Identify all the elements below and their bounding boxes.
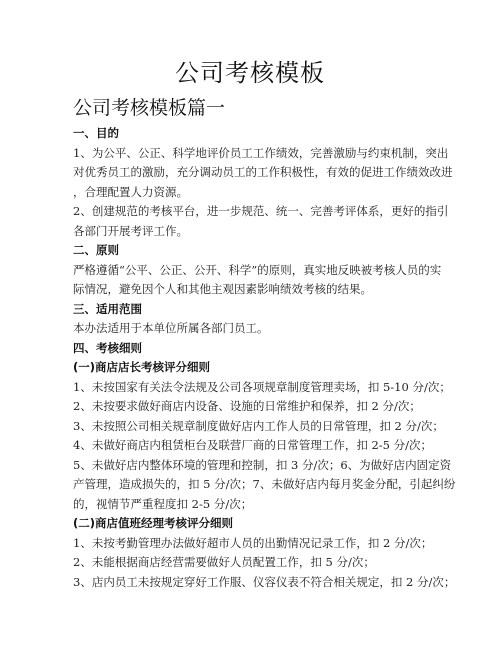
heading-principles: 二、原则 [73,241,428,261]
paragraph-line: 严格遵循“公平、公正、公开、科学”的原则，真实地反映被考核人员的实 [73,261,428,281]
heading-scope: 三、适用范围 [73,300,428,320]
paragraph-line: 各部门开展考评工作。 [73,222,428,242]
paragraph-line: 本办法适用于本单位所属各部门员工。 [73,319,428,339]
rule-item: 3、店内员工未按规定穿好工作服、仪容仪表不符合相关规定，扣 2 分/次； [73,573,428,593]
rule-item: 4、未做好商店内租赁柜台及联营厂商的日常管理工作，扣 2-5 分/次； [73,436,428,456]
paragraph-line: 际情况，避免因个人和其他主观因素影响绩效考核的结果。 [73,280,428,300]
document-page: 公司考核模板 公司考核模板篇一 一、目的 1、为公平、公正、科学地评价员工工作绩… [0,0,500,647]
section-title: 公司考核模板篇一 [73,96,225,120]
heading-purpose: 一、目的 [73,124,428,144]
rule-item: 5、未做好店内整体环境的管理和控制，扣 3 分/次；6、为做好店内固定资 [73,456,428,476]
subheading-duty-manager: (二)商店值班经理考核评分细则 [73,514,428,534]
rule-item: 2、未能根据商店经营需要做好人员配置工作，扣 5 分/次； [73,553,428,573]
paragraph-line: 1、为公平、公正、科学地评价员工工作绩效，完善激励与约束机制，突出 [73,144,428,164]
document-body: 一、目的 1、为公平、公正、科学地评价员工工作绩效，完善激励与约束机制，突出 对… [73,124,428,592]
rule-item: 的，视情节严重程度扣 2-5 分/次； [73,495,428,515]
document-title: 公司考核模板 [0,58,500,88]
heading-assessment-rules: 四、考核细则 [73,339,428,359]
rule-item: 1、未按考勤管理办法做好超市人员的出勤情况记录工作，扣 2 分/次； [73,534,428,554]
paragraph-line: 2、创建规范的考核平台，进一步规范、统一、完善考评体系，更好的指引 [73,202,428,222]
subheading-store-manager: (一)商店店长考核评分细则 [73,358,428,378]
rule-item: 2、未按要求做好商店内设备、设施的日常维护和保养，扣 2 分/次； [73,397,428,417]
paragraph-line: 对优秀员工的激励，充分调动员工的工作积极性，有效的促进工作绩效改进 [73,163,428,183]
rule-item: 3、未按照公司相关规章制度做好店内工作人员的日常管理，扣 2 分/次； [73,417,428,437]
rule-item: 1、未按国家有关法令法规及公司各项规章制度管理卖场，扣 5-10 分/次； [73,378,428,398]
paragraph-line: ，合理配置人力资源。 [73,183,428,203]
rule-item: 产管理，造成损失的，扣 5 分/次；7、未做好店内每月奖金分配，引起纠纷 [73,475,428,495]
